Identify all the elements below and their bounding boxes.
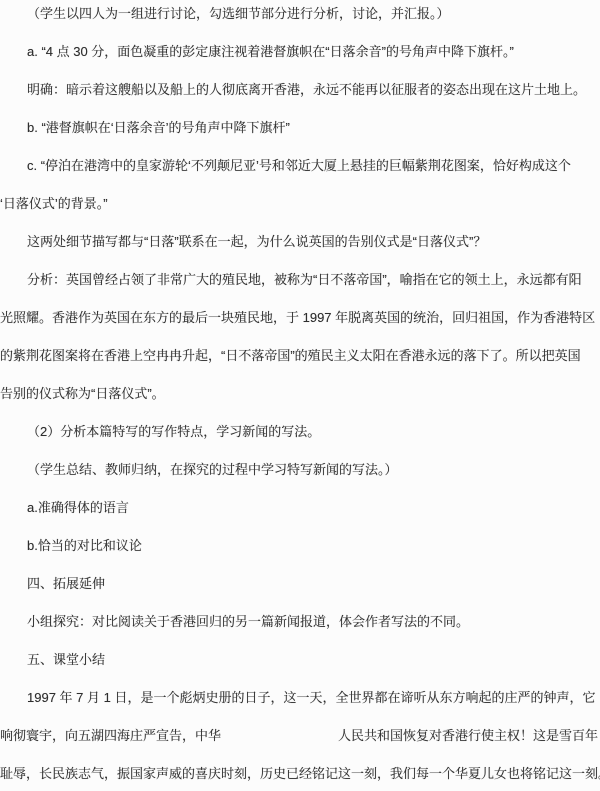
text-line: 五、课堂小结 xyxy=(0,641,600,679)
text-line: 的紫荆花图案将在香港上空冉冉升起，“日不落帝国”的殖民主义太阳在香港永远的落下了… xyxy=(0,337,600,375)
text-line: b.恰当的对比和议论 xyxy=(0,527,600,565)
text-line: ‘日落仪式’的背景。” xyxy=(0,185,600,223)
text-line: 响彻寰宇，向五湖四海庄严宣告，中华人民共和国恢复对香港行使主权！这是雪百年 xyxy=(0,717,600,755)
text-line: 明确：暗示着这艘船以及船上的人彻底离开香港，永远不能再以征服者的姿态出现在这片土… xyxy=(0,71,600,109)
text-line: （2）分析本篇特写的写作特点，学习新闻的写法。 xyxy=(0,413,600,451)
document-page: { "page": { "background_color": "#fcfcfc… xyxy=(0,0,600,791)
blank-space xyxy=(221,739,338,740)
text-segment: 响彻寰宇，向五湖四海庄严宣告，中华 xyxy=(0,728,221,743)
text-line: 光照耀。香港作为英国在东方的最后一块殖民地，于 1997 年脱离英国的统治，回归… xyxy=(0,299,600,337)
text-line: 这两处细节描写都与“日落”联系在一起，为什么说英国的告别仪式是“日落仪式”？ xyxy=(0,223,600,261)
text-line: 小组探究：对比阅读关于香港回归的另一篇新闻报道，体会作者写法的不同。 xyxy=(0,603,600,641)
text-segment: 人民共和国恢复对香港行使主权！这是雪百年 xyxy=(338,728,598,743)
text-line: （学生总结、教师归纳，在探究的过程中学习特写新闻的写法。） xyxy=(0,451,600,489)
text-line: （学生以四人为一组进行讨论，勾选细节部分进行分析，讨论，并汇报。） xyxy=(0,0,600,33)
document-body: （学生以四人为一组进行讨论，勾选细节部分进行分析，讨论，并汇报。）a. “4 点… xyxy=(0,0,600,791)
text-line: 耻辱，长民族志气，振国家声威的喜庆时刻，历史已经铭记这一刻，我们每一个华夏儿女也… xyxy=(0,755,600,791)
text-line: a. “4 点 30 分，面色凝重的彭定康注视着港督旗帜在“日落余音”的号角声中… xyxy=(0,33,600,71)
text-line: 四、拓展延伸 xyxy=(0,565,600,603)
text-line: b. “港督旗帜在‘日落余音’的号角声中降下旗杆” xyxy=(0,109,600,147)
text-line: a.准确得体的语言 xyxy=(0,489,600,527)
text-line: c. “停泊在港湾中的皇家游轮‘不列颠尼亚’号和邻近大厦上悬挂的巨幅紫荆花图案，… xyxy=(0,147,600,185)
text-line: 告别的仪式称为“日落仪式”。 xyxy=(0,375,600,413)
text-line: 分析：英国曾经占领了非常广大的殖民地，被称为“日不落帝国”，喻指在它的领土上，永… xyxy=(0,261,600,299)
text-line: 1997 年 7 月 1 日，是一个彪炳史册的日子，这一天，全世界都在谛听从东方… xyxy=(0,679,600,717)
